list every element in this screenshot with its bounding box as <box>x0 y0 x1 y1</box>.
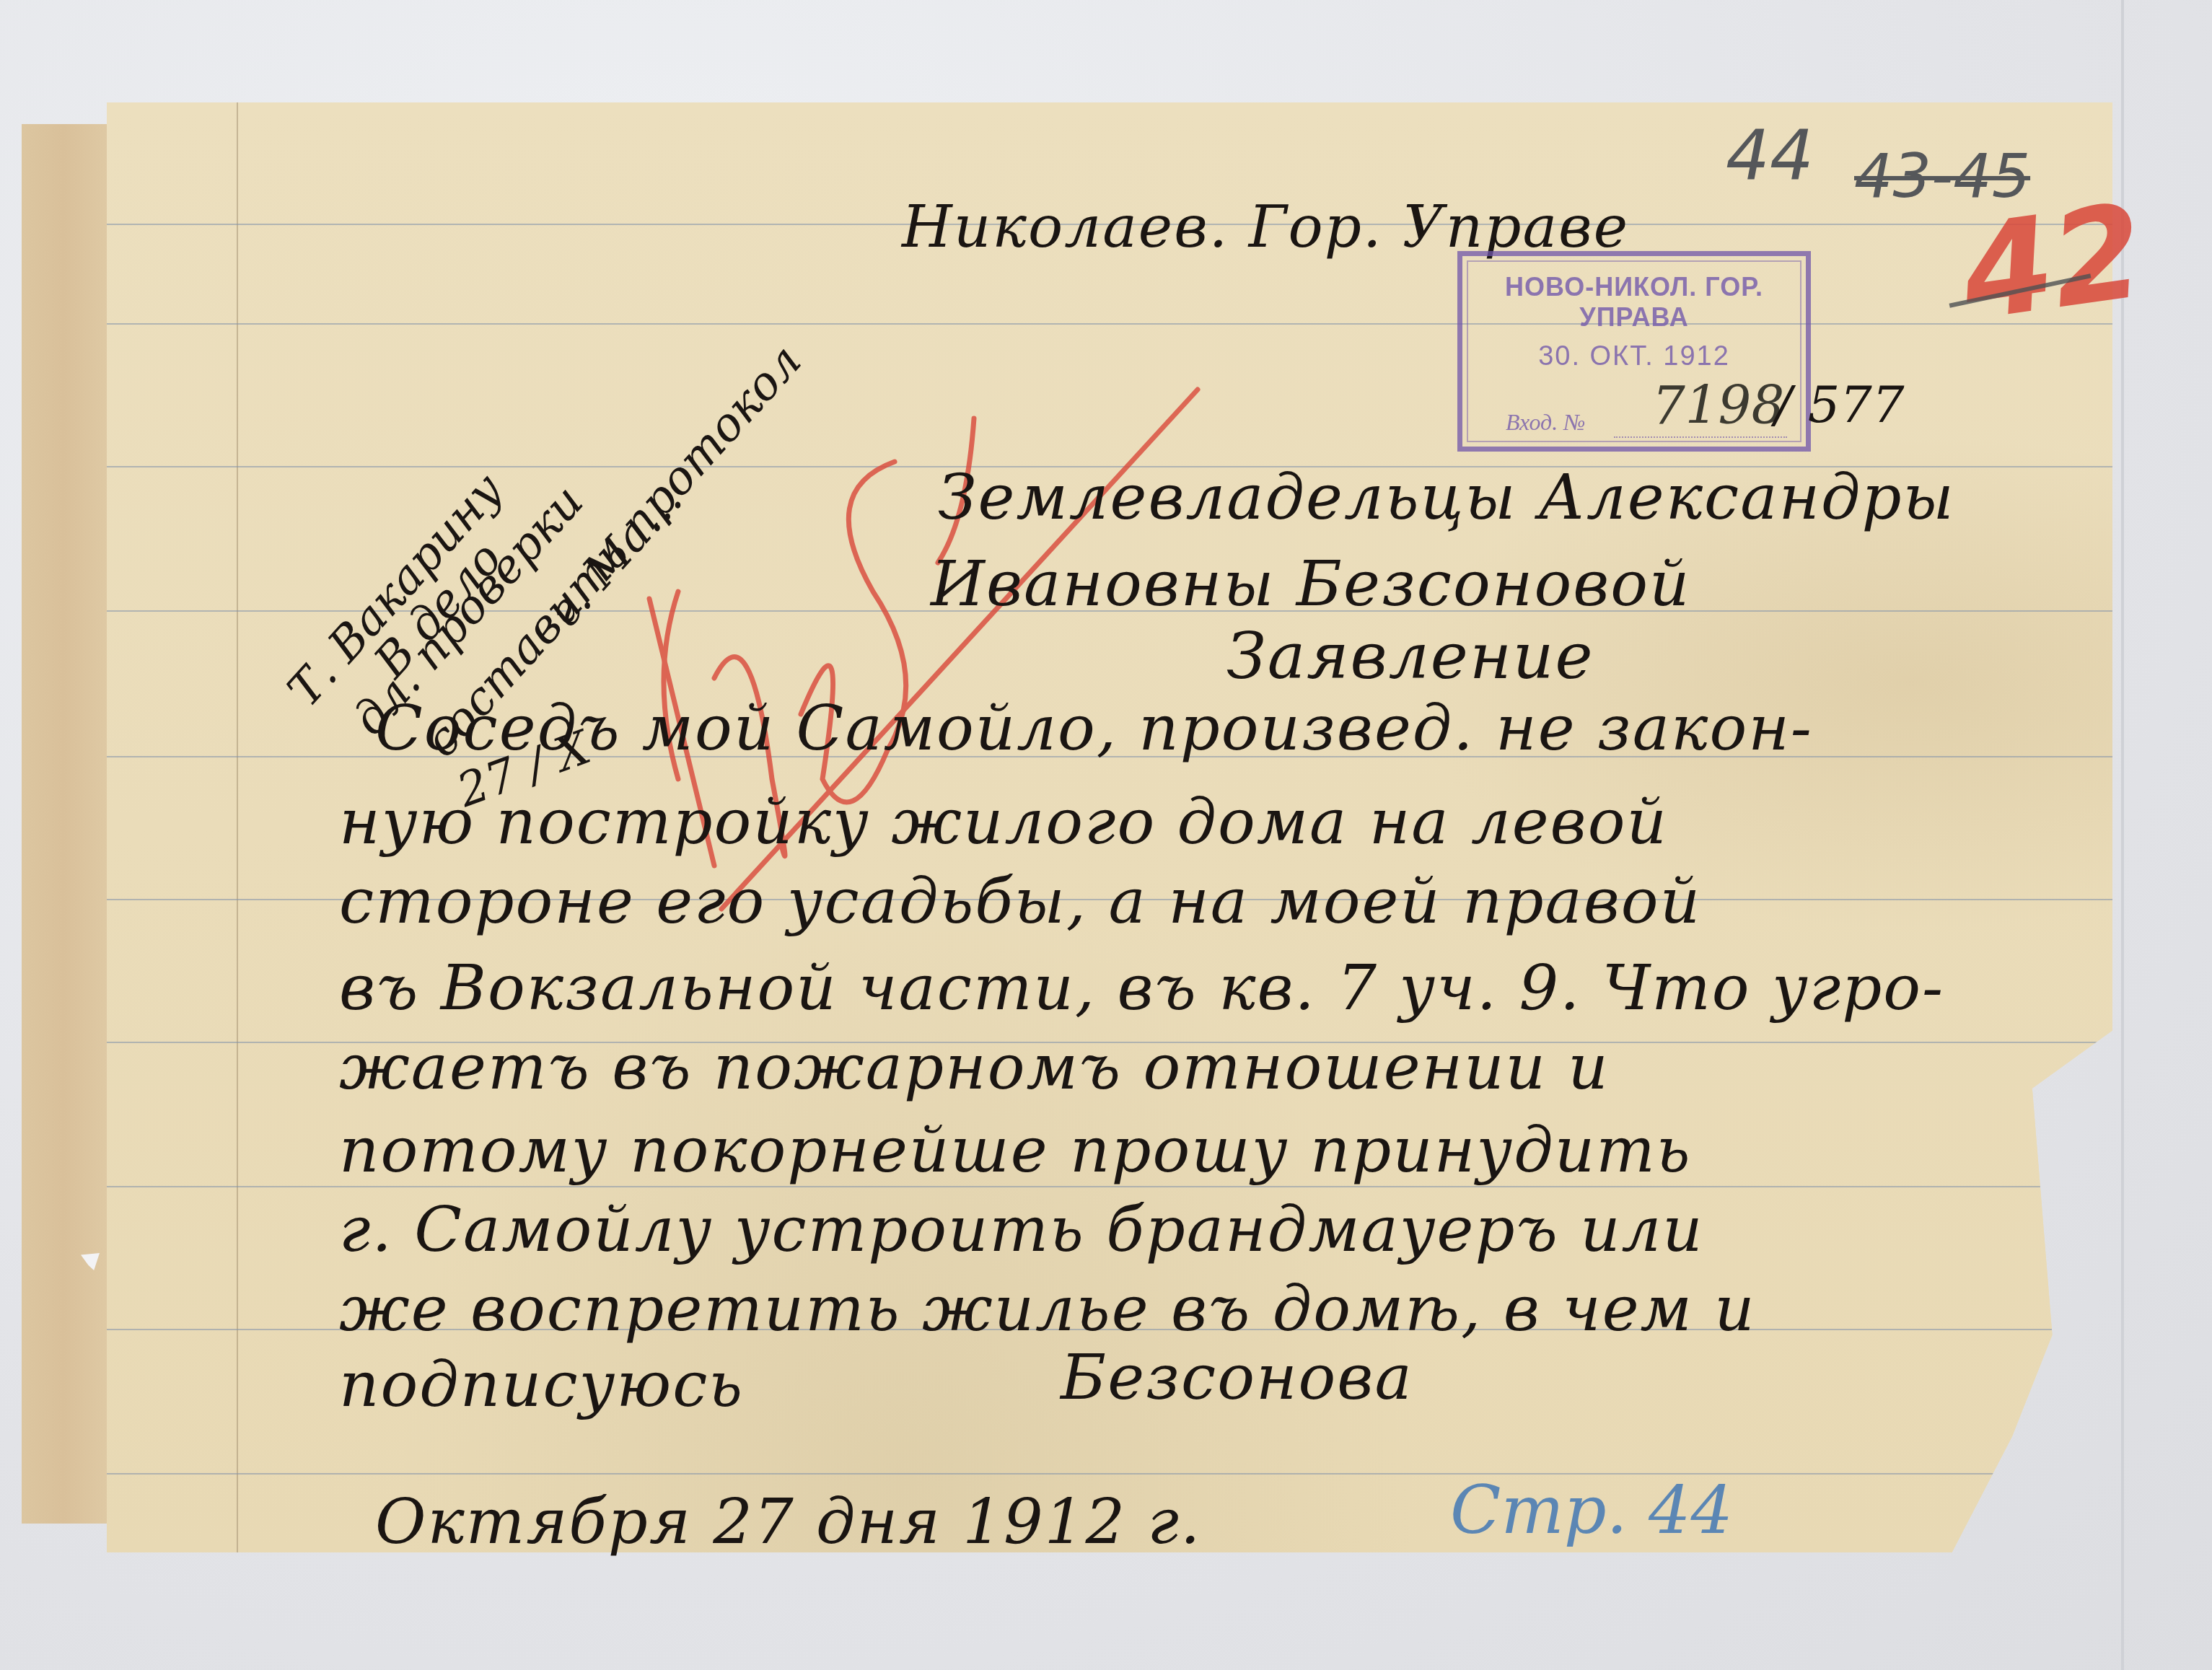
body-line: потому покорнейше прошу принудить <box>339 1115 1692 1187</box>
document-heading: Заявление <box>1226 619 1594 693</box>
stamp-incoming-label: Вход. № <box>1506 409 1585 436</box>
date-line: Октября 27 дня 1912 г. <box>375 1486 1201 1558</box>
folio-number-pencil: 44 <box>1726 115 1814 196</box>
incoming-number: 7198 <box>1652 375 1784 436</box>
signature: Безсонова <box>1061 1342 1413 1414</box>
stamp-organization: НОВО-НИКОЛ. ГОР. УПРАВА <box>1462 272 1806 333</box>
page-note-blue: Стр. 44 <box>1450 1472 1733 1549</box>
ruled-line <box>107 1473 2112 1475</box>
folio-number-red: 42 <box>1953 176 2153 351</box>
outgoing-number: / 577 <box>1775 375 1904 434</box>
body-line: подписуюсь <box>339 1349 744 1421</box>
body-line: стороне его усадьбы, а на моей правой <box>339 866 1701 938</box>
sender-line-2: Ивановны Безсоновой <box>931 548 1690 620</box>
stamp-number-line <box>1614 436 1787 438</box>
body-line: Соседъ мой Самойло, произвед. не закон- <box>375 693 1813 765</box>
body-line: же воспретить жилье въ домѣ, в чем и <box>339 1273 1756 1345</box>
sender-line-1: Землевладельцы Александры <box>938 462 1955 534</box>
body-line: въ Вокзальной части, въ кв. 7 уч. 9. Что… <box>339 952 1944 1024</box>
stamp-date: 30. ОКТ. 1912 <box>1462 341 1806 372</box>
body-line: г. Самойлу устроить брандмауеръ или <box>339 1194 1704 1266</box>
body-line: жаетъ въ пожарномъ отношении и <box>339 1032 1610 1104</box>
body-line: ную постройку жилого дома на левой <box>339 786 1668 858</box>
margin-fold-line <box>237 102 238 1552</box>
